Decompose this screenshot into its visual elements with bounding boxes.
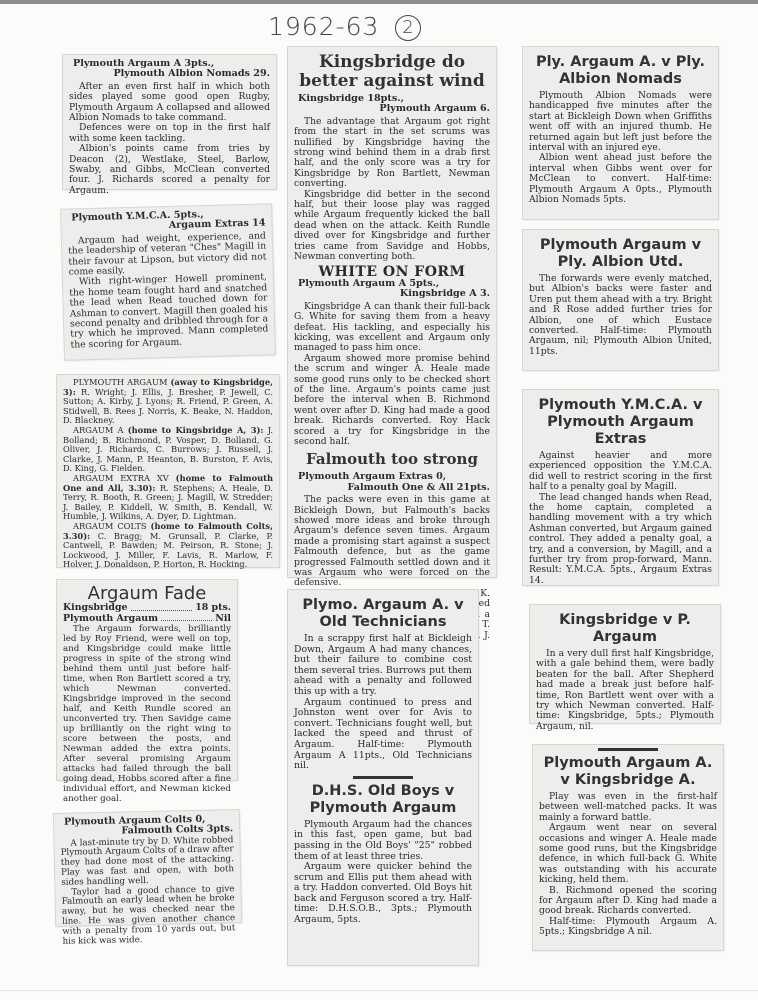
result-away: Plymouth Albion Nomads 29. [69,69,270,79]
result-away: Plymouth Argaum 6. [294,104,490,114]
headline: Argaum Fade [63,589,231,599]
clipping-argaum-a-v-nomads-29: Plymouth Argaum A 3pts., Plymouth Albion… [63,55,276,189]
page-top-edge [0,0,758,4]
headline: Falmouth too strong [294,450,490,469]
paragraph: Play was even in the first-half between … [539,792,717,823]
clipping-albion-utd: Plymouth Argaum v Ply. Albion Utd. The f… [523,230,718,370]
paragraph: After an even first half in which both s… [69,82,270,124]
season-text: 1962-63 [268,12,379,41]
headline: Plymouth Argaum v Ply. Albion Utd. [529,237,712,271]
paragraph: Argaum went near on several occasions an… [539,823,717,885]
paragraph: Argaum had weight, experience, and the l… [68,231,267,278]
paragraph: The advantage that Argaum got right from… [294,117,490,190]
paragraph: With right-winger Howell prominent, the … [69,273,269,351]
headline: Kingsbridge do better against wind [294,53,490,91]
headline: WHITE ON FORM [294,267,490,277]
paragraph: The forwards were evenly matched, but Al… [529,274,712,357]
paragraph: Plymouth Albion Nomads were handicapped … [529,91,712,153]
clipping-kingsbridge-v-p-argaum: Kingsbridge v P. Argaum In a very dull f… [530,605,720,723]
clipping-kingsbridge-white-falmouth: Kingsbridge do better against wind Kings… [288,47,496,577]
clipping-colts-v-falmouth-colts: Plymouth Argaum Colts 0, Falmouth Colts … [54,810,241,926]
paragraph: B. Richmond opened the scoring for Argau… [539,886,717,917]
paragraph: Plymouth Argaum had the chances in this … [294,820,472,862]
headline: Kingsbridge v P. Argaum [536,612,714,646]
team-list-plymouth-argaum: PLYMOUTH ARGAUM (away to Kingsbridge, 3)… [63,378,273,426]
team-list-argaum-colts: ARGAUM COLTS (home to Falmouth Colts, 3.… [63,522,273,570]
clipping-argaum-fade: Argaum Fade Kingsbridge18 pts. Plymouth … [57,580,237,780]
clipping-technicians-and-dhs: Plymo. Argaum A. v Old Technicians In a … [288,590,478,965]
paragraph: Albion's points came from tries by Deaco… [69,144,270,196]
headline: D.H.S. Old Boys v Plymouth Argaum [294,783,472,817]
paragraph: Against heavier and more experienced opp… [529,451,712,493]
paragraph: The Argaum forwards, brilliantly led by … [63,624,231,804]
paragraph: In a scrappy first half at Bickleigh Dow… [294,634,472,698]
handwritten-season-label: 1962-632 [268,12,421,41]
headline: Plymouth Y.M.C.A. v Plymouth Argaum Extr… [529,397,712,448]
paragraph: Argaum continued to press and Johnston w… [294,698,472,772]
paragraph: Argaum were quicker behind the scrum and… [294,862,472,926]
paragraph: Argaum showed more promise behind the sc… [294,354,490,448]
divider-rule [353,776,413,779]
result-away: Falmouth One & All 21pts. [294,483,490,493]
paragraph: In a very dull first half Kingsbridge, w… [536,649,714,732]
result-away: Kingsbridge A 3. [294,289,490,299]
clipping-ymca-v-extras: Plymouth Y.M.C.A. v Plymouth Argaum Extr… [523,390,718,585]
paragraph: Taylor had a good chance to give Falmout… [61,885,235,947]
paragraph: Kingsbridge A can thank their full-back … [294,302,490,354]
score-row: Plymouth ArgaumNil [63,614,231,624]
headline: Plymouth Argaum A. v Kingsbridge A. [539,755,717,789]
paragraph: Kingsbridge did better in the second hal… [294,190,490,263]
paragraph: Defences were on top in the first half w… [69,123,270,144]
clipping-argaum-a-v-kingsbridge-a: Plymouth Argaum A. v Kingsbridge A. Play… [533,745,723,950]
clipping-team-lists: PLYMOUTH ARGAUM (away to Kingsbridge, 3)… [57,375,279,567]
clipping-ymca-v-extras-14: Plymouth Y.M.C.A. 5pts., Argaum Extras 1… [61,204,275,359]
circled-page-number: 2 [395,15,421,41]
paragraph: Half-time: Plymouth Argaum A. 5pts.; Kin… [539,917,717,938]
page-bottom-line [0,990,758,991]
headline: Plymo. Argaum A. v Old Technicians [294,597,472,631]
paragraph: A last-minute try by D. White robbed Ply… [60,836,234,889]
divider-rule [598,748,658,751]
team-list-argaum-extra-xv: ARGAUM EXTRA XV (home to Falmouth One an… [63,474,273,522]
paragraph: The packs were even in this game at Bick… [294,495,490,589]
team-list-argaum-a: ARGAUM A (home to Kingsbridge A, 3): J. … [63,426,273,474]
paragraph: The lead changed hands when Read, the ho… [529,493,712,587]
clipping-albion-nomads: Ply. Argaum A. v Ply. Albion Nomads Plym… [523,47,718,219]
headline: Ply. Argaum A. v Ply. Albion Nomads [529,54,712,88]
paragraph: Albion went ahead just before the interv… [529,153,712,205]
